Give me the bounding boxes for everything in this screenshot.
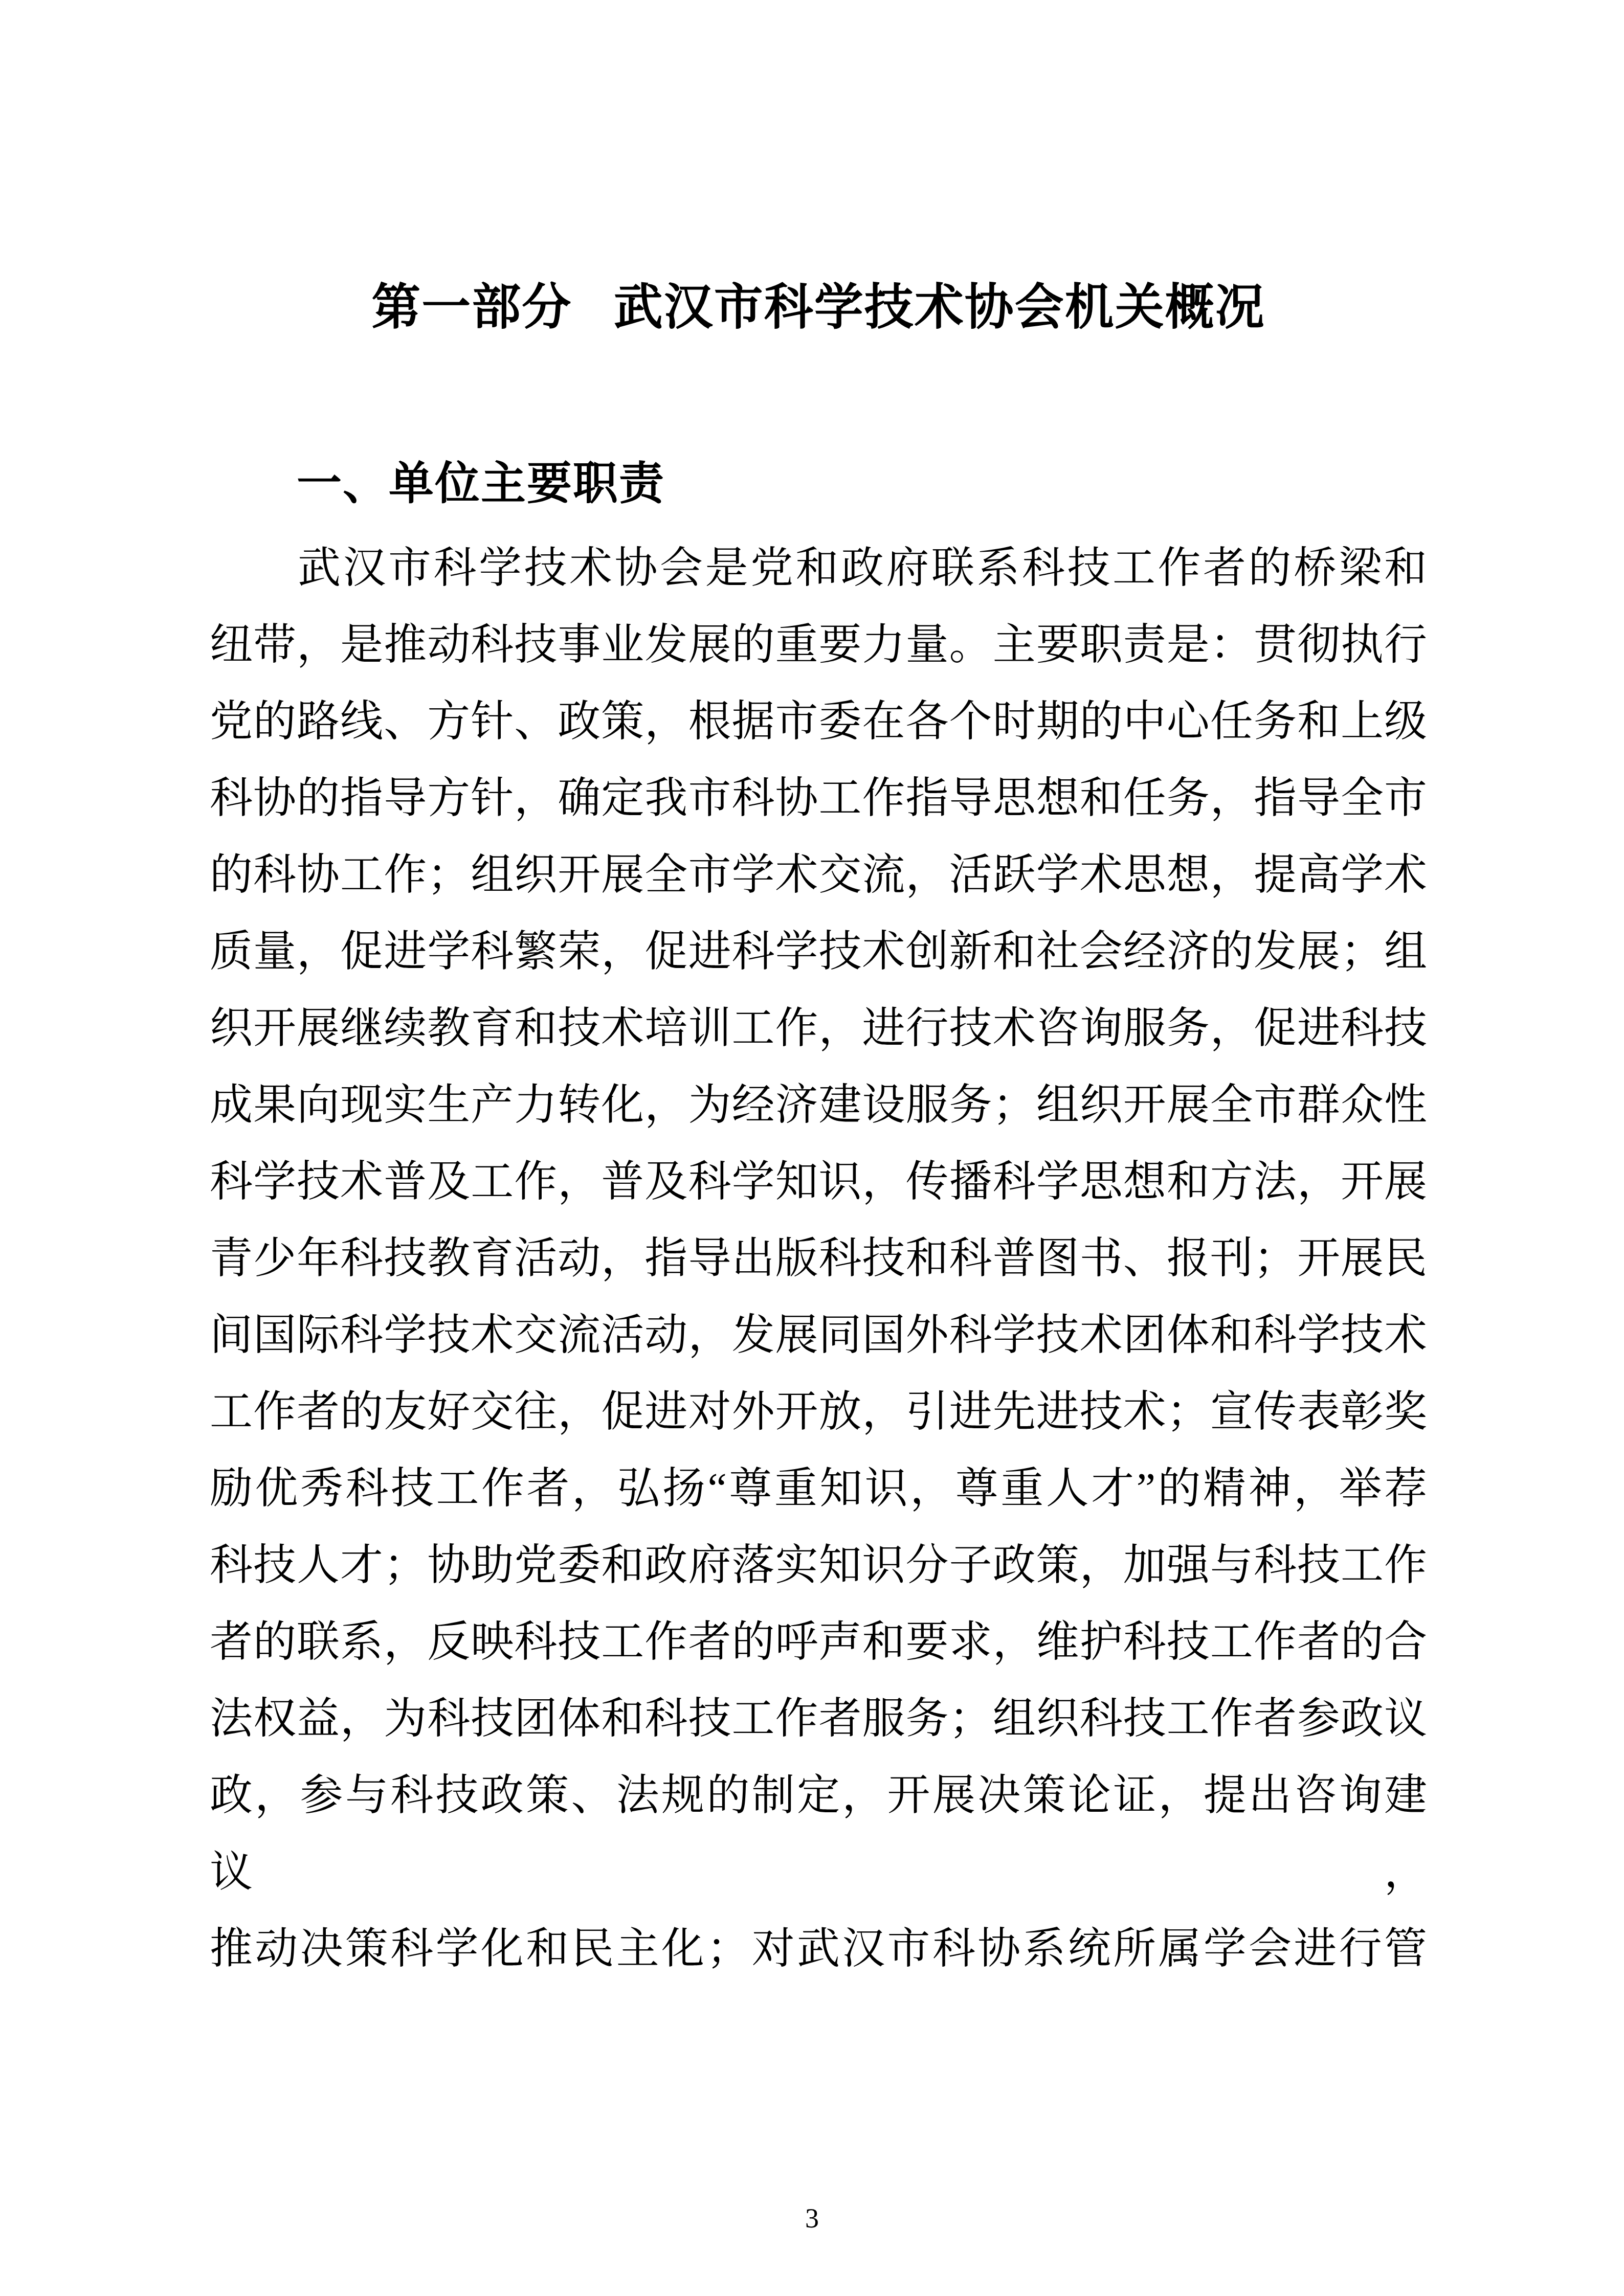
document-page: 第一部分 武汉市科学技术协会机关概况 一、单位主要职责 武汉市科学技术协会是党和… [0, 0, 1624, 2296]
paragraph-line: 武汉市科学技术协会是党和政府联系科技工作者的桥梁和 [210, 530, 1427, 607]
paragraph-line: 者的联系，反映科技工作者的呼声和要求，维护科技工作者的合 [210, 1604, 1427, 1681]
paragraph-line: 质量，促进学科繁荣，促进科学技术创新和社会经济的发展；组 [210, 914, 1427, 991]
paragraph-line: 青少年科技教育活动，指导出版科技和科普图书、报刊；开展民 [210, 1221, 1427, 1297]
paragraph-line: 科协的指导方针，确定我市科协工作指导思想和任务，指导全市 [210, 760, 1427, 837]
paragraph-line: 工作者的友好交往，促进对外开放，引进先进技术；宣传表彰奖 [210, 1374, 1427, 1451]
paragraph-line: 成果向现实生产力转化，为经济建设服务；组织开展全市群众性 [210, 1067, 1427, 1144]
paragraph-line: 纽带，是推动科技事业发展的重要力量。主要职责是：贯彻执行 [210, 607, 1427, 684]
page-number: 3 [0, 2203, 1624, 2234]
paragraph-line: 科学技术普及工作，普及科学知识，传播科学思想和方法，开展 [210, 1144, 1427, 1221]
paragraph-line: 的科协工作；组织开展全市学术交流，活跃学术思想，提高学术 [210, 837, 1427, 914]
paragraph-line: 励优秀科技工作者，弘扬“尊重知识，尊重人才”的精神，举荐 [210, 1451, 1427, 1527]
body-paragraph: 武汉市科学技术协会是党和政府联系科技工作者的桥梁和纽带，是推动科技事业发展的重要… [210, 530, 1427, 1988]
paragraph-line: 织开展继续教育和技术培训工作，进行技术咨询服务，促进科技 [210, 991, 1427, 1067]
paragraph-line: 科技人才；协助党委和政府落实知识分子政策，加强与科技工作 [210, 1527, 1427, 1604]
paragraph-line: 法权益，为科技团体和科技工作者服务；组织科技工作者参政议 [210, 1681, 1427, 1758]
document-title: 第一部分 武汉市科学技术协会机关概况 [210, 279, 1427, 336]
paragraph-line: 间国际科学技术交流活动，发展同国外科学技术团体和科学技术 [210, 1297, 1427, 1374]
paragraph-line: 政，参与科技政策、法规的制定，开展决策论证，提出咨询建议， [210, 1758, 1427, 1911]
paragraph-line: 推动决策科学化和民主化；对武汉市科协系统所属学会进行管 [210, 1911, 1427, 1988]
section-heading: 一、单位主要职责 [297, 458, 1427, 509]
paragraph-line: 党的路线、方针、政策，根据市委在各个时期的中心任务和上级 [210, 684, 1427, 760]
